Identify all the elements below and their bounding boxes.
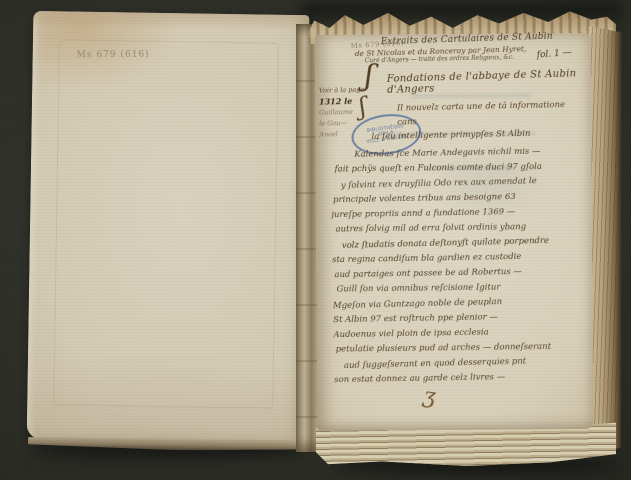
left-page: Ms 679 (616) <box>27 11 310 443</box>
manuscript-body: Kalendas ſce Marie Andegavis nichil mis … <box>330 144 590 388</box>
section-heading: Fondations de l'abbaye de St Aubin d'Ang… <box>387 68 598 96</box>
closing-flourish-mark: ʒ <box>421 383 437 410</box>
left-page-ms-number: Ms 679 (616) <box>77 50 150 61</box>
right-page: Ms 679 (616) Extraits des Cartulaires de… <box>315 33 594 431</box>
opening-paragraph: Il nouvelz carta une de tā informatione … <box>371 98 586 144</box>
manuscript-line: Il nouvelz carta une de tā informatione … <box>397 98 586 130</box>
scanned-book-photo: Ms 679 (616) Ms 679 (616) Extraits des C… <box>0 0 631 480</box>
